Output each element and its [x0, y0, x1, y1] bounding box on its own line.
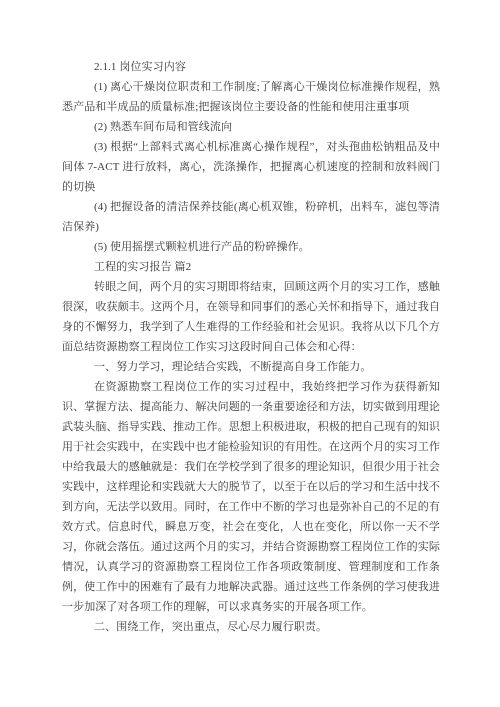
- report-subheading: 二、围绕工作，突出重点，尽心尽力履行职责。: [62, 617, 440, 637]
- list-item: (4) 把握设备的清洁保养技能(离心机双锥，粉碎机，出料车，滤包等清洁保养): [62, 197, 440, 237]
- report-paragraph: 在资源勘察工程岗位工作的实习过程中，我始终把学习作为获得新知识、掌握方法、提高能…: [62, 377, 440, 617]
- report-subheading: 一、努力学习，理论结合实践，不断提高自身工作能力。: [62, 357, 440, 377]
- section-heading: 2.1.1 岗位实习内容: [62, 57, 440, 77]
- list-item: (2) 熟悉车间布局和管线流向: [62, 117, 440, 137]
- list-item: (1) 离心干燥岗位职责和工作制度;了解离心干燥岗位标准操作规程，熟悉产品和半成…: [62, 77, 440, 117]
- report-heading: 工程的实习报告 篇2: [62, 257, 440, 277]
- list-item: (5) 使用摇摆式颗粒机进行产品的粉碎操作。: [62, 237, 440, 257]
- list-item: (3) 根据“上部料式离心机标准离心操作规程”，对头孢曲松钠粗品及中间体 7-A…: [62, 137, 440, 197]
- document-page: 2.1.1 岗位实习内容 (1) 离心干燥岗位职责和工作制度;了解离心干燥岗位标…: [62, 57, 440, 637]
- report-paragraph: 转眼之间，两个月的实习期即将结束，回顾这两个月的实习工作，感触很深，收获颇丰。这…: [62, 277, 440, 357]
